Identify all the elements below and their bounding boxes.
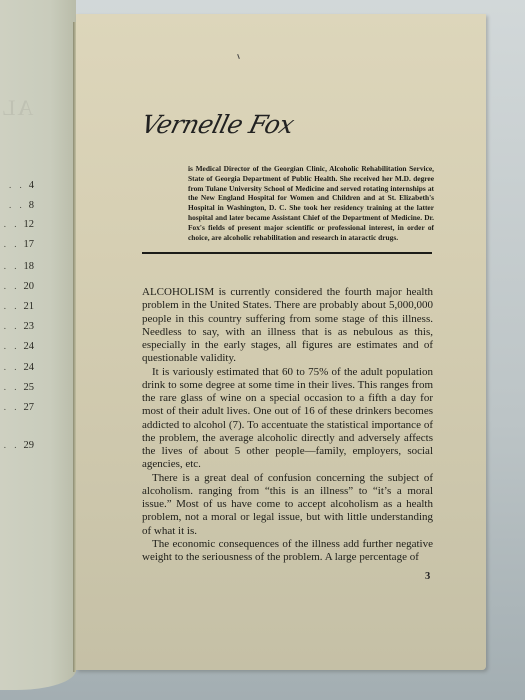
toc-entry: . .24 [0,341,34,352]
toc-page-number: 8 [29,200,34,211]
toc-entry: . .23 [0,321,34,332]
toc-leader-dots: . . [4,239,20,249]
toc-leader-dots: . . [4,321,20,331]
toc-entry: . .17 [0,239,34,250]
toc-entry: . .4 [0,180,34,191]
toc-entry: . .18 [0,261,34,272]
toc-entry: . .24 [0,362,34,373]
toc-leader-dots: . . [9,200,25,210]
toc-leader-dots: . . [4,301,20,311]
toc-leader-dots: . . [4,341,20,351]
toc-page-number: 23 [24,321,35,332]
section-divider-rule [142,252,432,254]
toc-entry: . .20 [0,281,34,292]
toc-leader-dots: . . [4,362,20,372]
printer-mark [237,54,240,59]
toc-leader-dots: . . [4,402,20,412]
toc-entry: . .25 [0,382,34,393]
toc-page-number: 24 [24,341,35,352]
toc-leader-dots: . . [9,180,25,190]
toc-entry: . .21 [0,301,34,312]
body-paragraph: ALCOHOLISM is currently considered the f… [142,286,433,366]
toc-page-number: 21 [24,301,35,312]
body-paragraph: There is a great deal of confusion conce… [142,472,433,538]
toc-entry: . .27 [0,402,34,413]
toc-page-number: 20 [24,281,35,292]
author-signature: Vernelle Fox [138,110,296,139]
toc-leader-dots: . . [4,219,20,229]
right-page: Vernelle Fox is Medical Director of the … [76,14,486,670]
toc-leader-dots: . . [4,382,20,392]
toc-page-number: 25 [24,382,35,393]
page-number: 3 [425,571,430,582]
toc-page-number: 4 [29,180,34,191]
toc-entry: . .8 [0,200,34,211]
left-page-bleedthrough-heading: AL [0,95,33,121]
toc-leader-dots: . . [4,281,20,291]
toc-leader-dots: . . [4,261,20,271]
body-paragraph: The economic consequences of the illness… [142,538,433,565]
toc-page-number: 17 [24,239,35,250]
article-body: ALCOHOLISM is currently considered the f… [142,286,433,564]
toc-page-number: 12 [24,219,35,230]
toc-entry: . .29 [0,440,34,451]
toc-leader-dots: . . [4,440,20,450]
toc-entry: . .12 [0,219,34,230]
toc-page-number: 18 [24,261,35,272]
toc-page-number: 29 [24,440,35,451]
author-bio: is Medical Director of the Georgian Clin… [188,164,434,242]
toc-page-number: 27 [24,402,35,413]
toc-page-number: 24 [24,362,35,373]
body-paragraph: It is variously estimated that 60 to 75%… [142,366,433,472]
